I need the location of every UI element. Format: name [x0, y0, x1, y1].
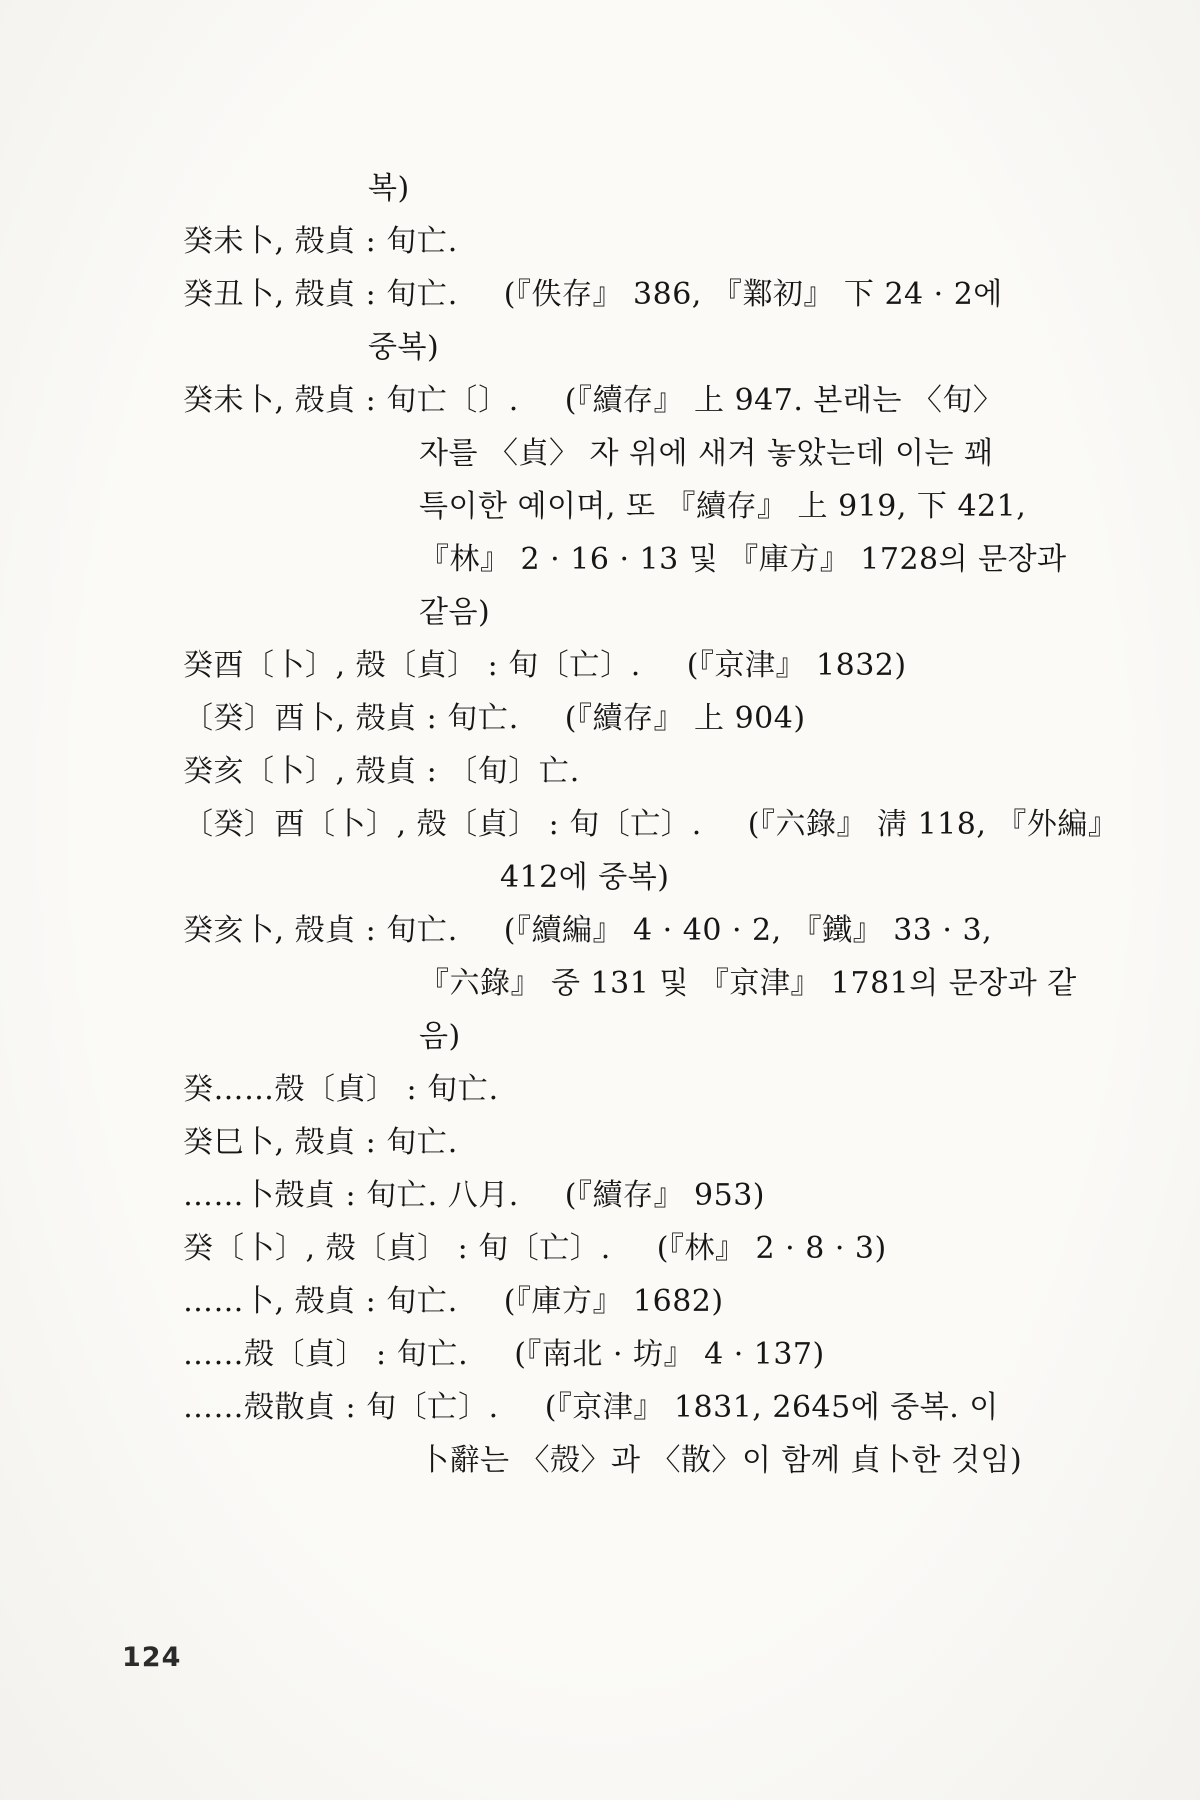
citation-text: (『佚存』 386, 『鄴初』 下 24 · 2에 — [504, 277, 1003, 312]
inscription-text: ……卜殻貞 : 旬亡𡆥. 八月. — [183, 1178, 519, 1213]
inscription-line: 癸⧄〔卜〕, 殻〔貞〕 : 旬〔亡〕𡆥.(『林』 2 · 8 · 3) — [0, 1222, 1200, 1275]
citation-text: (『庫方』 1682) — [504, 1284, 724, 1319]
inscription-line: 卜辭는 〈殻〉과 〈散〉이 함께 貞卜한 것임) — [0, 1434, 1200, 1487]
inscription-line: 복) — [0, 162, 1200, 215]
inscription-line: ……卜, 殻貞 : 旬亡𡆥.(『庫方』 1682) — [0, 1275, 1200, 1328]
inscription-line: 癸……殻〔貞〕 : 旬亡𡆥. — [0, 1063, 1200, 1116]
inscription-line: 특이한 예이며, 또 『續存』 上 919, 下 421, — [0, 480, 1200, 533]
inscription-text: 복) — [368, 171, 410, 206]
inscription-line: ……殻散貞 : 旬〔亡𡆥〕.(『京津』 1831, 2645에 중복. 이 — [0, 1381, 1200, 1434]
inscription-text: 癸巳卜, 殻貞 : 旬亡𡆥. — [183, 1125, 458, 1160]
inscription-line: 같음) — [0, 586, 1200, 639]
citation-text: (『京津』 1832) — [687, 648, 907, 683]
inscription-text: 癸亥卜, 殻貞 : 旬亡𡆥. — [183, 913, 458, 948]
inscription-text: ……卜, 殻貞 : 旬亡𡆥. — [183, 1284, 458, 1319]
inscription-text: 癸丑卜, 殻貞 : 旬亡𡆥. — [183, 277, 458, 312]
citation-text: (『京津』 1831, 2645에 중복. 이 — [545, 1390, 999, 1425]
inscription-text: 癸未卜, 殻貞 : 旬亡𡆥. — [183, 224, 458, 259]
inscription-line: 『六錄』 중 131 및 『京津』 1781의 문장과 같 — [0, 957, 1200, 1010]
inscription-text: 癸未卜, 殻貞 : 旬亡〔𡆥〕. — [183, 383, 519, 418]
inscription-text: 중복) — [368, 330, 439, 365]
inscription-line: ……卜殻貞 : 旬亡𡆥. 八月.(『續存』 953) — [0, 1169, 1200, 1222]
inscription-line: 음) — [0, 1010, 1200, 1063]
inscription-line: 癸未卜, 殻貞 : 旬亡〔𡆥〕.(『續存』 上 947. 본래는 〈旬〉 — [0, 374, 1200, 427]
inscription-text: ……殻散貞 : 旬〔亡𡆥〕. — [183, 1390, 499, 1425]
inscription-text: 음) — [419, 1019, 461, 1054]
inscription-line: 癸未卜, 殻貞 : 旬亡𡆥. — [0, 215, 1200, 268]
inscription-text: 癸酉〔卜〕, 殻〔貞〕 : 旬〔亡𡆥〕. — [183, 648, 641, 683]
inscription-text: 412에 중복) — [500, 860, 669, 895]
inscription-text: 卜辭는 〈殻〉과 〈散〉이 함께 貞卜한 것임) — [419, 1443, 1022, 1478]
inscription-text: 癸……殻〔貞〕 : 旬亡𡆥. — [183, 1072, 499, 1107]
inscription-line: 자를 〈貞〉 자 위에 새겨 놓았는데 이는 꽤 — [0, 427, 1200, 480]
inscription-line: 중복) — [0, 321, 1200, 374]
scanned-book-page: 복)癸未卜, 殻貞 : 旬亡𡆥.癸丑卜, 殻貞 : 旬亡𡆥.(『佚存』 386,… — [0, 0, 1200, 1800]
inscription-text-block: 복)癸未卜, 殻貞 : 旬亡𡆥.癸丑卜, 殻貞 : 旬亡𡆥.(『佚存』 386,… — [0, 162, 1200, 1487]
inscription-line: 〔癸〕酉卜, 殻貞 : 旬亡𡆥.(『續存』 上 904) — [0, 692, 1200, 745]
inscription-line: 412에 중복) — [0, 851, 1200, 904]
inscription-text: 자를 〈貞〉 자 위에 새겨 놓았는데 이는 꽤 — [419, 436, 993, 471]
inscription-text: 〔癸〕酉卜, 殻貞 : 旬亡𡆥. — [183, 701, 519, 736]
inscription-line: 癸巳卜, 殻貞 : 旬亡𡆥. — [0, 1116, 1200, 1169]
inscription-line: ……殻〔貞〕 : 旬亡𡆥.(『南北 · 坊』 4 · 137) — [0, 1328, 1200, 1381]
inscription-text: ……殻〔貞〕 : 旬亡𡆥. — [183, 1337, 468, 1372]
inscription-line: 癸亥〔卜〕, 殻貞 : 〔旬〕亡𡆥. — [0, 745, 1200, 798]
citation-text: (『續存』 953) — [565, 1178, 765, 1213]
inscription-text: 같음) — [419, 595, 490, 630]
inscription-text: 癸⧄〔卜〕, 殻〔貞〕 : 旬〔亡〕𡆥. — [183, 1231, 611, 1266]
inscription-text: 〔癸〕酉〔卜〕, 殻〔貞〕 : 旬〔亡〕𡆥. — [183, 807, 702, 842]
inscription-line: 癸丑卜, 殻貞 : 旬亡𡆥.(『佚存』 386, 『鄴初』 下 24 · 2에 — [0, 268, 1200, 321]
inscription-text: 『六錄』 중 131 및 『京津』 1781의 문장과 같 — [419, 966, 1077, 1001]
citation-text: (『林』 2 · 8 · 3) — [657, 1231, 887, 1266]
citation-text: (『南北 · 坊』 4 · 137) — [514, 1337, 825, 1372]
inscription-line: 癸酉〔卜〕, 殻〔貞〕 : 旬〔亡𡆥〕.(『京津』 1832) — [0, 639, 1200, 692]
inscription-line: 『林』 2 · 16 · 13 및 『庫方』 1728의 문장과 — [0, 533, 1200, 586]
citation-text: (『續存』 上 947. 본래는 〈旬〉 — [565, 383, 1004, 418]
page-number: 124 — [122, 1642, 181, 1673]
citation-text: (『續編』 4 · 40 · 2, 『鐵』 33 · 3, — [504, 913, 992, 948]
citation-text: (『六錄』 淸 118, 『外編』 — [748, 807, 1119, 842]
inscription-text: 특이한 예이며, 또 『續存』 上 919, 下 421, — [419, 489, 1026, 524]
inscription-line: 癸亥卜, 殻貞 : 旬亡𡆥.(『續編』 4 · 40 · 2, 『鐵』 33 ·… — [0, 904, 1200, 957]
citation-text: (『續存』 上 904) — [565, 701, 806, 736]
inscription-text: 癸亥〔卜〕, 殻貞 : 〔旬〕亡𡆥. — [183, 754, 580, 789]
inscription-text: 『林』 2 · 16 · 13 및 『庫方』 1728의 문장과 — [419, 542, 1067, 577]
inscription-line: 〔癸〕酉〔卜〕, 殻〔貞〕 : 旬〔亡〕𡆥.(『六錄』 淸 118, 『外編』 — [0, 798, 1200, 851]
